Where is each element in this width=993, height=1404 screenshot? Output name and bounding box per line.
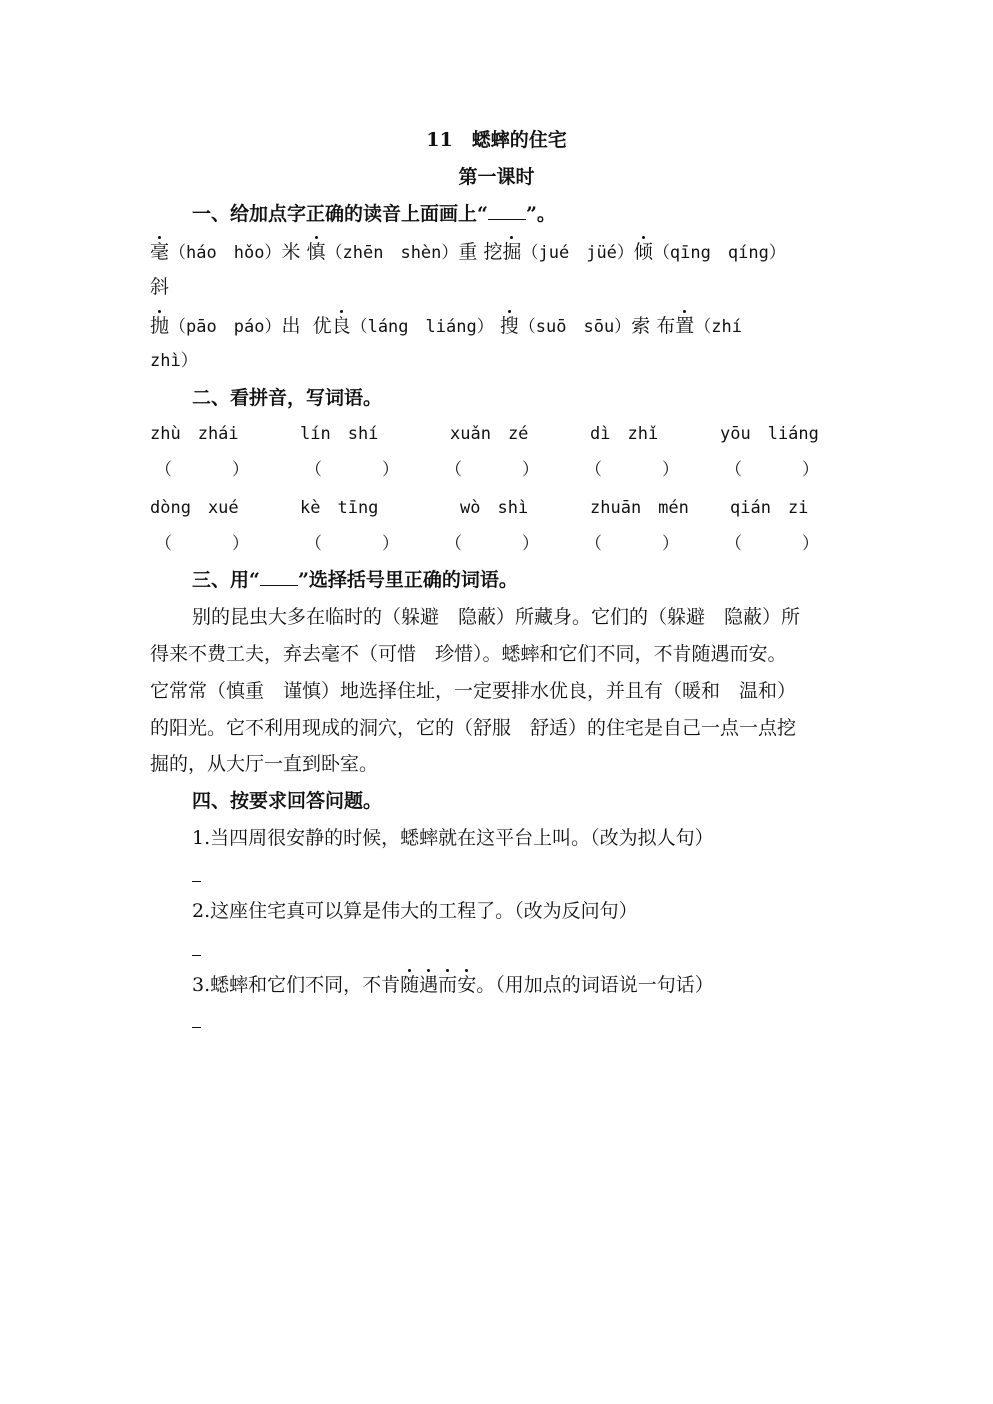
dotted-char: 随	[400, 973, 419, 997]
dotted-char: 掘	[502, 240, 521, 264]
word-suffix: 索	[631, 315, 650, 337]
answer-line-2[interactable]	[192, 954, 201, 956]
answer-line-3[interactable]	[192, 1026, 201, 1028]
pinyin-options[interactable]: （suō sōu）	[519, 317, 631, 337]
dotted-char: 搜	[500, 314, 519, 338]
passage-line[interactable]: 得来不费工夫，弃去毫不（可惜 珍惜）。蟋蟀和它们不同，不肯随遇而安。	[150, 642, 787, 666]
pinyin-word: wò shì	[460, 496, 528, 520]
pinyin-word: kè tīng	[300, 496, 378, 520]
passage-line[interactable]: 的阳光。它不利用现成的洞穴，它的（舒服 舒适）的住宅是自己一点一点挖	[150, 716, 796, 740]
pinyin-options[interactable]: （qīng qíng）	[653, 243, 786, 263]
section2-heading: 二、看拼音，写词语。	[192, 386, 382, 410]
word-prefix: 挖	[483, 241, 502, 263]
pinyin-word: qián zi	[730, 496, 808, 520]
dotted-char: 抛	[150, 314, 169, 338]
section1-heading-text: 一、给加点字正确的读音上面画上“	[192, 203, 488, 225]
passage-line: 掘的，从大厅一直到卧室。	[150, 752, 378, 776]
dotted-char: 良	[332, 314, 351, 338]
answer-box[interactable]: （）	[445, 458, 539, 482]
dotted-char: 遇	[419, 973, 438, 997]
answer-box[interactable]: （）	[725, 458, 819, 482]
pinyin-options[interactable]: （zhí	[694, 317, 742, 337]
passage-line[interactable]: 别的昆虫大多在临时的（躲避 隐蔽）所藏身。它们的（躲避 隐蔽）所	[192, 605, 800, 629]
dotted-char: 而	[438, 973, 457, 997]
answer-line-1[interactable]	[192, 880, 201, 882]
section3-heading: 三、用“”选择括号里正确的词语。	[192, 568, 518, 592]
question-3-instruction: 。（用加点的词语说一句话）	[476, 974, 714, 996]
dotted-char: 安	[457, 973, 476, 997]
lesson-subtitle: 第一课时	[0, 165, 993, 189]
answer-box[interactable]: （）	[585, 532, 679, 556]
pinyin-options[interactable]: （zhēn shèn）	[326, 243, 459, 263]
dotted-char: 慎	[307, 240, 326, 264]
lesson-title: 11 蟋蟀的住宅	[0, 128, 993, 152]
word-suffix: 出	[281, 315, 300, 337]
dotted-char: 毫	[150, 240, 169, 264]
section4-heading: 四、按要求回答问题。	[192, 789, 382, 813]
answer-box[interactable]: （）	[725, 532, 819, 556]
pinyin-options[interactable]: （láng liáng）	[351, 317, 494, 337]
underline-mark	[260, 571, 298, 586]
section1-heading: 一、给加点字正确的读音上面画上“”。	[192, 202, 556, 226]
answer-box[interactable]: （）	[305, 458, 399, 482]
pinyin-word: dì zhǐ	[590, 422, 658, 446]
answer-box[interactable]: （）	[155, 532, 249, 556]
section1-line2: 抛（pāo páo）出 优良（láng liáng） 搜（suō sōu）索 布…	[150, 314, 742, 339]
section1-line1-wrap: 斜	[150, 275, 169, 299]
question-3-text: 3.蟋蟀和它们不同，不肯	[192, 974, 400, 996]
pinyin-word: yōu liáng	[720, 422, 819, 446]
word-prefix: 优	[313, 315, 332, 337]
pinyin-options[interactable]: （jué jüé）	[522, 243, 634, 263]
section1-line2-wrap: zhì）	[150, 349, 198, 373]
word-suffix: 重	[458, 241, 477, 263]
section1-line1: 毫（háo hǒo）米 慎（zhēn shèn）重 挖掘（jué jüé）倾（q…	[150, 240, 786, 265]
dotted-char: 置	[675, 314, 694, 338]
answer-box[interactable]: （）	[155, 458, 249, 482]
dotted-char: 倾	[634, 240, 653, 264]
question-2: 2.这座住宅真可以算是伟大的工程了。（改为反问句）	[192, 899, 638, 923]
pinyin-word: lín shí	[300, 422, 378, 446]
answer-box[interactable]: （）	[305, 532, 399, 556]
worksheet-page: 11 蟋蟀的住宅 第一课时 一、给加点字正确的读音上面画上“”。 毫（háo h…	[0, 0, 993, 1404]
section1-heading-end: ”。	[526, 203, 556, 225]
pinyin-word: dòng xué	[150, 496, 239, 520]
pinyin-options[interactable]: （háo hǒo）	[169, 243, 281, 263]
word-suffix: 米	[281, 241, 300, 263]
underline-mark	[488, 205, 526, 220]
pinyin-word: zhuān mén	[590, 496, 689, 520]
pinyin-word: zhù zhái	[150, 422, 239, 446]
pinyin-options[interactable]: （pāo páo）	[169, 317, 281, 337]
word-prefix: 布	[656, 315, 675, 337]
answer-box[interactable]: （）	[445, 532, 539, 556]
section3-heading-text: 三、用“	[192, 569, 260, 591]
question-1: 1.当四周很安静的时候，蟋蟀就在这平台上叫。（改为拟人句）	[192, 826, 714, 850]
passage-line[interactable]: 它常常（慎重 谨慎）地选择住址，一定要排水优良，并且有（暖和 温和）	[150, 679, 796, 703]
pinyin-word: xuǎn zé	[450, 422, 528, 446]
answer-box[interactable]: （）	[585, 458, 679, 482]
question-3: 3.蟋蟀和它们不同，不肯随遇而安。（用加点的词语说一句话）	[192, 973, 714, 997]
section3-heading-end: ”选择括号里正确的词语。	[298, 569, 518, 591]
